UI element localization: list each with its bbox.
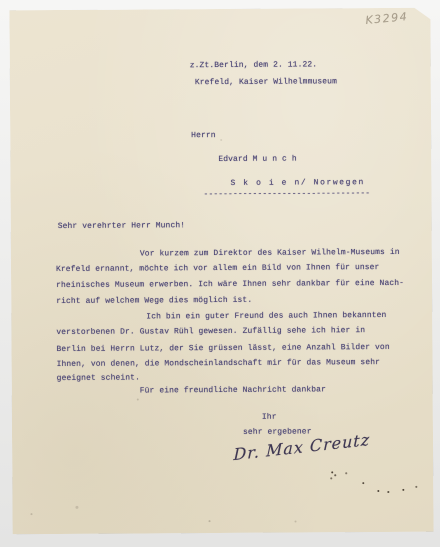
ink-spot <box>295 521 297 523</box>
ink-spot <box>209 520 211 522</box>
archive-annotation: K3294 <box>365 10 409 27</box>
body-line: rheinisches Museum erwerben. Ich wäre Ih… <box>56 279 404 290</box>
ink-spot <box>377 490 379 492</box>
recipient-name: Edvard M u n c h <box>218 155 296 164</box>
dateline: z.Zt.Berlin, dem 2. 11.22. <box>190 60 317 70</box>
recipient-salutation: Herrn <box>191 131 216 140</box>
valediction-ihr: Ihr <box>262 413 277 422</box>
recipient-address: S k o i e n/ Norwegen <box>230 178 364 188</box>
body-line: verstorbenen Dr. Gustav Rühl gewesen. Zu… <box>56 326 365 337</box>
ink-spot <box>330 477 332 479</box>
ink-spot <box>345 472 347 474</box>
ink-spot <box>331 471 333 473</box>
ink-spot <box>137 399 139 401</box>
ink-spot <box>415 486 417 488</box>
ink-spot <box>334 474 336 476</box>
ink-spot <box>402 489 404 491</box>
body-line: Ihnen, von denen, die Mondscheinlandscha… <box>57 358 381 369</box>
closing-line: Für eine freundliche Nachricht dankbar <box>140 385 326 395</box>
body-line: Vor kurzem zum Direktor des Kaiser Wilhe… <box>140 248 400 259</box>
body-line: Krefeld ernannt, möchte ich vor allem ei… <box>56 263 380 274</box>
ink-spot <box>362 482 364 484</box>
body-line: geeignet scheint. <box>57 374 140 384</box>
sender-line: Krefeld, Kaiser Wilhelmmuseum <box>195 77 337 87</box>
ink-spot <box>75 506 78 509</box>
body-line: Ich bin ein guter Freund des auch Ihnen … <box>146 311 386 321</box>
ink-spot <box>220 139 222 141</box>
address-underline: ---------------------------------- <box>204 189 371 199</box>
letter-paper: K3294 z.Zt.Berlin, dem 2. 11.22. Krefeld… <box>9 8 433 535</box>
valediction-ergebener: sehr ergebener <box>243 427 312 436</box>
ink-spot <box>387 491 389 493</box>
body-line: richt auf welchem Wege dies möglich ist. <box>56 296 252 306</box>
greeting: Sehr verehrter Herr Munch! <box>58 221 185 231</box>
body-line: Berlin bei Herrn Lutz, der Sie grüssen l… <box>56 343 389 354</box>
scanned-letter-page: K3294 z.Zt.Berlin, dem 2. 11.22. Krefeld… <box>0 0 440 547</box>
ink-spot <box>30 513 32 515</box>
